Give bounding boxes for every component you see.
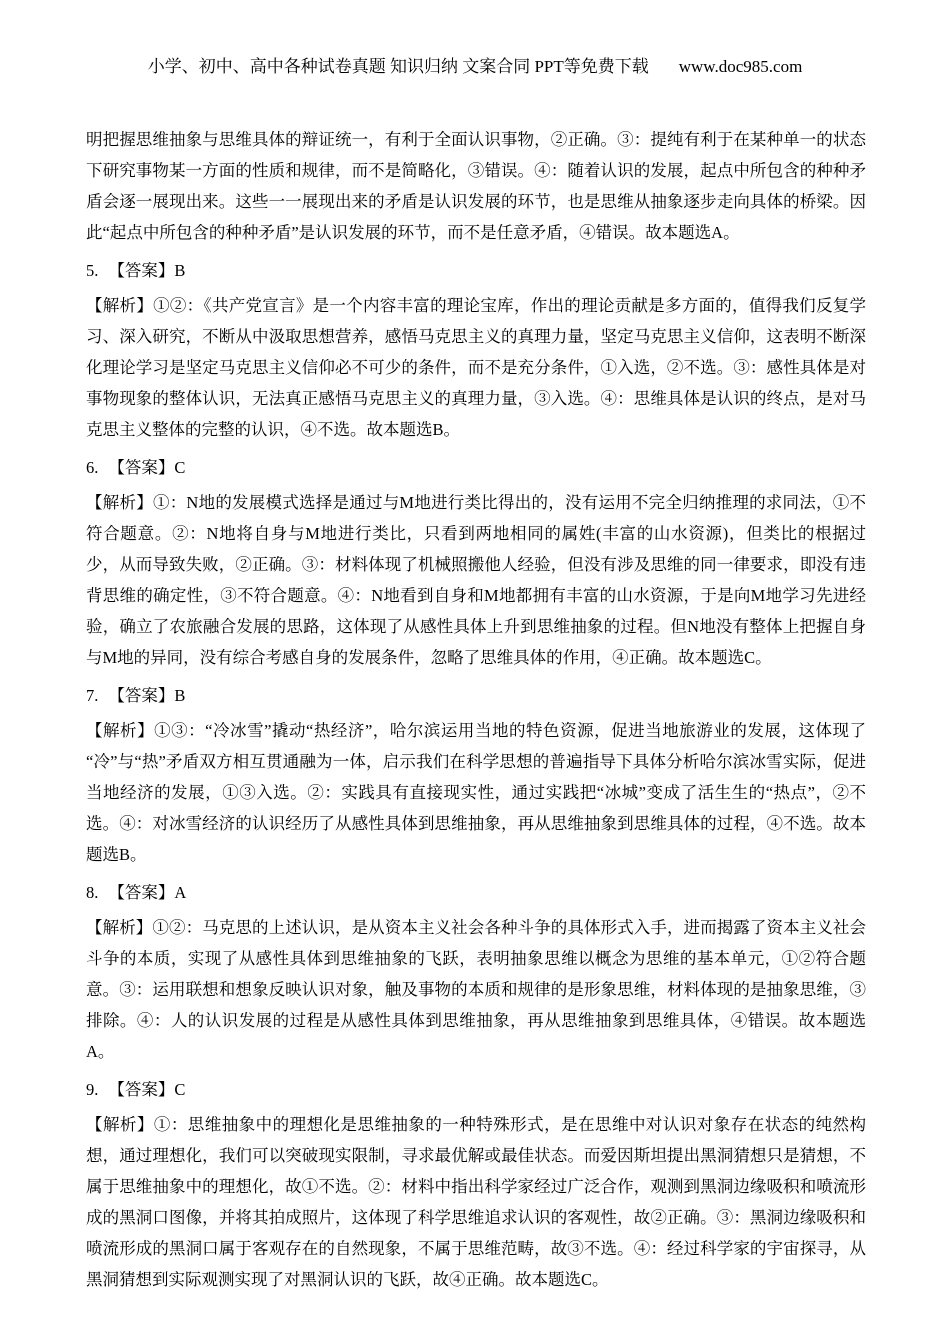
question-number: 6. — [86, 458, 98, 477]
answer-item-7: 7.【答案】B 【解析】①③：“冷冰雪”撬动“热经济”，哈尔滨运用当地的特色资源… — [86, 680, 866, 870]
document-page: 小学、初中、高中各种试卷真题 知识归纳 文案合同 PPT等免费下载www.doc… — [0, 0, 950, 1344]
analysis-text: ①：思维抽象中的理想化是思维抽象的一种特殊形式，是在思维中对认识对象存在状态的纯… — [86, 1115, 866, 1289]
analysis-label: 【解析】 — [86, 296, 153, 315]
answer-label: 【答案】 — [108, 458, 174, 477]
question-number: 8. — [86, 883, 98, 902]
answer-line-8: 8.【答案】A — [86, 877, 866, 908]
answer-item-9: 9.【答案】C 【解析】①：思维抽象中的理想化是思维抽象的一种特殊形式，是在思维… — [86, 1074, 866, 1295]
answer-line-6: 6.【答案】C — [86, 452, 866, 483]
site-tagline: 小学、初中、高中各种试卷真题 知识归纳 文案合同 PPT等免费下载 — [148, 57, 649, 76]
analysis-paragraph-9: 【解析】①：思维抽象中的理想化是思维抽象的一种特殊形式，是在思维中对认识对象存在… — [86, 1109, 866, 1295]
answer-item-5: 5.【答案】B 【解析】①②：《共产党宣言》是一个内容丰富的理论宝库，作出的理论… — [86, 255, 866, 445]
question-number: 5. — [86, 261, 98, 280]
analysis-paragraph-6: 【解析】①：N地的发展模式选择是通过与M地进行类比得出的，没有运用不完全归纳推理… — [86, 487, 866, 673]
analysis-label: 【解析】 — [86, 918, 152, 937]
answer-key-content: 明把握思维抽象与思维具体的辩证统一，有利于全面认识事物，②正确。③：提纯有利于在… — [86, 124, 866, 1295]
answer-value: C — [174, 458, 185, 477]
answer-label: 【答案】 — [108, 883, 174, 902]
answer-value: A — [174, 883, 186, 902]
answer-value: B — [174, 261, 185, 280]
analysis-paragraph-5: 【解析】①②：《共产党宣言》是一个内容丰富的理论宝库，作出的理论贡献是多方面的，… — [86, 290, 866, 445]
answer-value: B — [174, 686, 185, 705]
analysis-paragraph-7: 【解析】①③：“冷冰雪”撬动“热经济”，哈尔滨运用当地的特色资源，促进当地旅游业… — [86, 715, 866, 870]
answer-value: C — [174, 1080, 185, 1099]
analysis-text: ①③：“冷冰雪”撬动“热经济”，哈尔滨运用当地的特色资源，促进当地旅游业的发展，… — [86, 721, 866, 864]
site-header: 小学、初中、高中各种试卷真题 知识归纳 文案合同 PPT等免费下载www.doc… — [0, 0, 950, 80]
answer-line-9: 9.【答案】C — [86, 1074, 866, 1105]
question-number: 9. — [86, 1080, 98, 1099]
analysis-label: 【解析】 — [86, 493, 153, 512]
answer-label: 【答案】 — [108, 261, 174, 280]
question-number: 7. — [86, 686, 98, 705]
analysis-label: 【解析】 — [86, 1115, 154, 1134]
site-url: www.doc985.com — [679, 57, 803, 76]
continuation-paragraph: 明把握思维抽象与思维具体的辩证统一，有利于全面认识事物，②正确。③：提纯有利于在… — [86, 124, 866, 248]
analysis-paragraph-8: 【解析】①②：马克思的上述认识，是从资本主义社会各种斗争的具体形式入手，进而揭露… — [86, 912, 866, 1067]
answer-line-5: 5.【答案】B — [86, 255, 866, 286]
answer-line-7: 7.【答案】B — [86, 680, 866, 711]
analysis-label: 【解析】 — [86, 721, 154, 740]
answer-item-8: 8.【答案】A 【解析】①②：马克思的上述认识，是从资本主义社会各种斗争的具体形… — [86, 877, 866, 1067]
analysis-text: ①：N地的发展模式选择是通过与M地进行类比得出的，没有运用不完全归纳推理的求同法… — [86, 493, 866, 667]
answer-item-6: 6.【答案】C 【解析】①：N地的发展模式选择是通过与M地进行类比得出的，没有运… — [86, 452, 866, 673]
answer-label: 【答案】 — [108, 686, 174, 705]
answer-label: 【答案】 — [108, 1080, 174, 1099]
analysis-text: ①②：《共产党宣言》是一个内容丰富的理论宝库，作出的理论贡献是多方面的，值得我们… — [86, 296, 866, 439]
analysis-text: ①②：马克思的上述认识，是从资本主义社会各种斗争的具体形式入手，进而揭露了资本主… — [86, 918, 866, 1061]
